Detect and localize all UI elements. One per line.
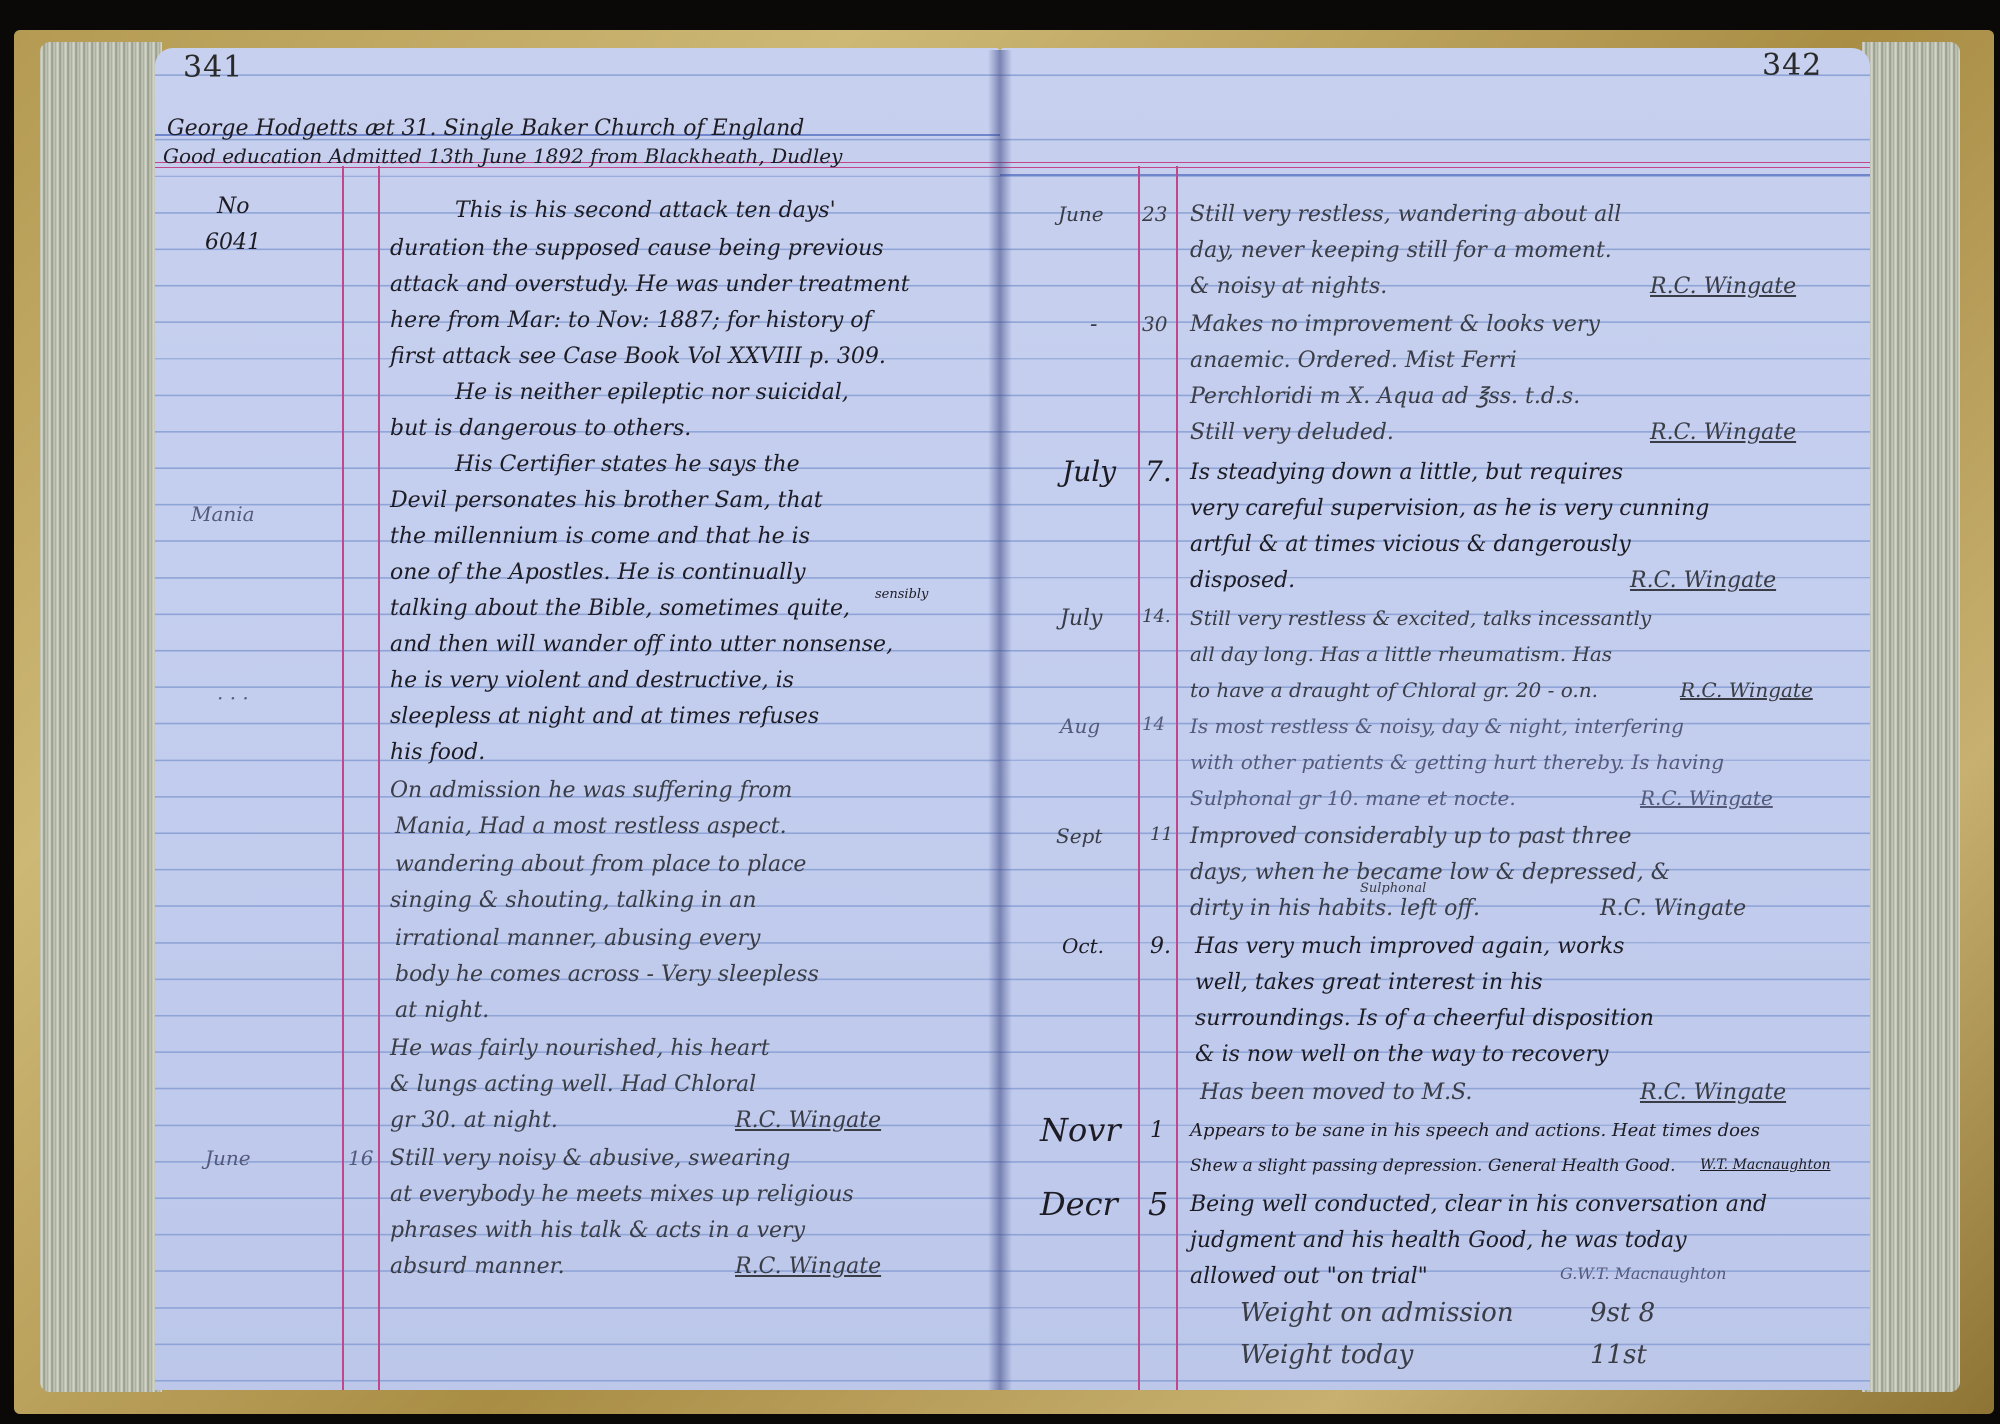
- left-page: 341 George Hodgetts æt 31. Single Baker …: [155, 48, 1000, 1390]
- interlinear-note: Sulphonal: [1360, 882, 1426, 895]
- weight-today-label: Weight today: [1240, 1342, 1413, 1368]
- entry-day: 14.: [1142, 608, 1171, 626]
- entry-line: duration the supposed cause being previo…: [390, 238, 884, 260]
- entry-day: 16: [348, 1148, 373, 1168]
- entry-line: Is steadying down a little, but requires: [1190, 462, 1623, 484]
- entry-line: allowed out "on trial": [1190, 1266, 1428, 1288]
- signature: W.T. Macnaughton: [1700, 1158, 1831, 1172]
- entry-line: to have a draught of Chloral gr. 20 - o.…: [1190, 680, 1598, 700]
- entry-line: Has very much improved again, works: [1195, 936, 1624, 958]
- entry-month: Sept: [1056, 826, 1102, 846]
- signature: G.W.T. Macnaughton: [1560, 1266, 1726, 1282]
- page-number: 341: [183, 50, 243, 85]
- signature: R.C. Wingate: [1630, 570, 1776, 592]
- entry-line: He is neither epileptic nor suicidal,: [455, 382, 849, 404]
- entry-line: gr 30. at night.: [390, 1110, 558, 1132]
- entry-line: surroundings. Is of a cheerful dispositi…: [1195, 1008, 1654, 1030]
- signature: R.C. Wingate: [1680, 680, 1813, 700]
- weight-admission-value: 9st 8: [1590, 1300, 1655, 1326]
- entry-month: July: [1062, 458, 1116, 486]
- entry-line: & noisy at nights.: [1190, 276, 1387, 298]
- entry-line: singing & shouting, talking in an: [390, 890, 757, 912]
- entry-line: and then will wander off into utter nons…: [390, 634, 893, 656]
- entry-line: Sulphonal gr 10. mane et nocte.: [1190, 788, 1516, 808]
- entry-line: well, takes great interest in his: [1195, 972, 1543, 994]
- entry-month: July: [1060, 608, 1102, 630]
- entry-line: his food.: [390, 742, 485, 764]
- book-gutter: [988, 50, 1012, 1390]
- entry-line: at night.: [395, 1000, 489, 1022]
- entry-line: artful & at times vicious & dangerously: [1190, 534, 1631, 556]
- entry-line: with other patients & getting hurt there…: [1190, 752, 1724, 772]
- entry-line: Perchloridi m X. Aqua ad ℥ss. t.d.s.: [1190, 386, 1580, 408]
- entry-line: On admission he was suffering from: [390, 780, 792, 802]
- entry-month: Decr: [1040, 1188, 1118, 1220]
- entry-line: at everybody he meets mixes up religious: [390, 1184, 854, 1206]
- entry-line: anaemic. Ordered. Mist Ferri: [1190, 350, 1517, 372]
- margin-line-1: [342, 166, 344, 1390]
- entry-line: attack and overstudy. He was under treat…: [390, 274, 910, 296]
- signature: R.C. Wingate: [1640, 1082, 1786, 1104]
- margin-line-2: [378, 166, 380, 1390]
- entry-month: Aug: [1060, 716, 1100, 736]
- entry-line: days, when he became low & depressed, &: [1190, 862, 1670, 884]
- header-line-2: Good education Admitted 13th June 1892 f…: [163, 146, 842, 166]
- entry-line: Has been moved to M.S.: [1200, 1082, 1472, 1104]
- entry-day: 11: [1150, 826, 1173, 844]
- entry-day: 23: [1142, 204, 1167, 224]
- entry-line: Shew a slight passing depression. Genera…: [1190, 1158, 1676, 1175]
- entry-line: Devil personates his brother Sam, that: [390, 490, 823, 512]
- entry-month: Novr: [1040, 1114, 1121, 1146]
- entry-line: dirty in his habits. left off.: [1190, 898, 1480, 920]
- signature: R.C. Wingate: [1640, 788, 1773, 808]
- entry-line: but is dangerous to others.: [390, 418, 691, 440]
- entry-day: 1: [1150, 1120, 1164, 1142]
- header-rule-red: [1000, 162, 1870, 168]
- signature: R.C. Wingate: [1650, 276, 1796, 298]
- case-number: 6041: [205, 232, 261, 254]
- entry-line: Still very restless, wandering about all: [1190, 204, 1621, 226]
- entry-line: Being well conducted, clear in his conve…: [1190, 1194, 1767, 1216]
- entry-line: Still very noisy & abusive, swearing: [390, 1148, 790, 1170]
- page-edges-left: [40, 42, 162, 1392]
- entry-line: irrational manner, abusing every: [395, 928, 760, 950]
- entry-line: Still very restless & excited, talks inc…: [1190, 608, 1651, 628]
- entry-line: & is now well on the way to recovery: [1195, 1044, 1608, 1066]
- entry-line: disposed.: [1190, 570, 1295, 592]
- signature: R.C. Wingate: [1650, 422, 1796, 444]
- entry-line: he is very violent and destructive, is: [390, 670, 794, 692]
- entry-line: Mania, Had a most restless aspect.: [395, 816, 787, 838]
- header-rule-blue: [1000, 174, 1870, 176]
- right-page: 342 June 23 Still very restless, wanderi…: [1000, 48, 1870, 1390]
- entry-line: & lungs acting well. Had Chloral: [390, 1074, 756, 1096]
- entry-line: day, never keeping still for a moment.: [1190, 240, 1612, 262]
- header-line-1: George Hodgetts æt 31. Single Baker Chur…: [167, 118, 804, 140]
- signature: R.C. Wingate: [1600, 898, 1746, 920]
- entry-month: June: [1058, 204, 1104, 224]
- signature: R.C. Wingate: [735, 1110, 881, 1132]
- entry-line: He was fairly nourished, his heart: [390, 1038, 770, 1060]
- entry-line: one of the Apostles. He is continually: [390, 562, 806, 584]
- entry-line: His Certifier states he says the: [455, 454, 800, 476]
- page-edges-right: [1862, 42, 1960, 1392]
- entry-line: Still very deluded.: [1190, 422, 1394, 444]
- entry-line: Appears to be sane in his speech and act…: [1190, 1122, 1760, 1140]
- weight-today-value: 11st: [1590, 1342, 1647, 1368]
- entry-line: judgment and his health Good, he was tod…: [1190, 1230, 1687, 1252]
- entry-day: 14: [1142, 716, 1165, 734]
- entry-line: Makes no improvement & looks very: [1190, 314, 1600, 336]
- entry-day: 5: [1148, 1188, 1168, 1220]
- entry-line: body he comes across - Very sleepless: [395, 964, 819, 986]
- entry-line: Improved considerably up to past three: [1190, 826, 1631, 848]
- case-label: No: [217, 196, 250, 218]
- entry-month: -: [1090, 314, 1097, 336]
- entry-day: 30: [1142, 314, 1167, 334]
- diagnosis-label: Mania: [191, 504, 255, 524]
- entry-day: 7.: [1145, 458, 1172, 486]
- entry-line: Is most restless & noisy, day & night, i…: [1190, 716, 1684, 736]
- entry-line: here from Mar: to Nov: 1887; for history…: [390, 310, 872, 332]
- entry-line: the millennium is come and that he is: [390, 526, 810, 548]
- weight-admission-label: Weight on admission: [1240, 1300, 1514, 1326]
- entry-line: phrases with his talk & acts in a very: [390, 1220, 805, 1242]
- entry-line: absurd manner.: [390, 1256, 565, 1278]
- signature: R.C. Wingate: [735, 1256, 881, 1278]
- entry-day: 9.: [1150, 936, 1171, 958]
- margin-line-2: [1176, 166, 1178, 1390]
- entry-line: sleepless at night and at times refuses: [390, 706, 819, 728]
- entry-month: June: [205, 1148, 251, 1168]
- interlinear-note: sensibly: [875, 588, 928, 601]
- entry-line: very careful supervision, as he is very …: [1190, 498, 1709, 520]
- margin-dots: · · ·: [217, 688, 249, 708]
- entry-line: This is his second attack ten days': [455, 200, 836, 222]
- entry-line: wandering about from place to place: [395, 854, 806, 876]
- entry-month: Oct.: [1062, 936, 1104, 956]
- entry-line: first attack see Case Book Vol XXVIII p.…: [390, 346, 886, 368]
- margin-line-1: [1138, 166, 1140, 1390]
- entry-line: talking about the Bible, sometimes quite…: [390, 598, 850, 620]
- page-number: 342: [1762, 48, 1822, 83]
- entry-line: all day long. Has a little rheumatism. H…: [1190, 644, 1612, 664]
